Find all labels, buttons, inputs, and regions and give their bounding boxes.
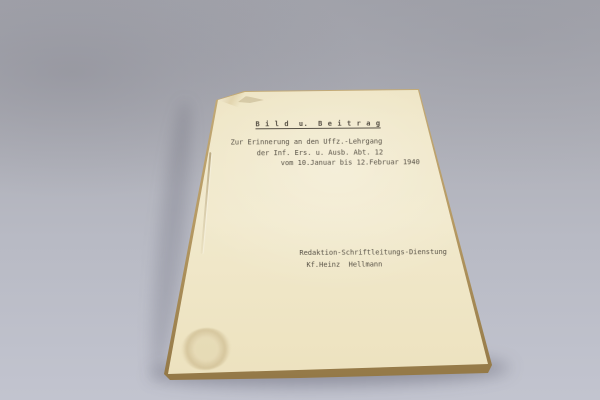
document-credit-line-2: Kf.Heinz Hellmann — [306, 259, 382, 270]
document-line-1: Zur Erinnerung an den Uffz.-Lehrgang — [231, 136, 383, 147]
typewritten-text-layer: B i l d u. B e i t r a g Zur Erinnerung … — [0, 0, 600, 400]
document-credit-line-1: Redaktion-Schriftleitungs-Dienstung — [299, 247, 447, 258]
document-line-3: vom 10.Januar bis 12.Februar 1940 — [281, 157, 420, 168]
document-title: B i l d u. B e i t r a g — [255, 118, 380, 129]
photo-of-document: B i l d u. B e i t r a g Zur Erinnerung … — [0, 0, 600, 400]
